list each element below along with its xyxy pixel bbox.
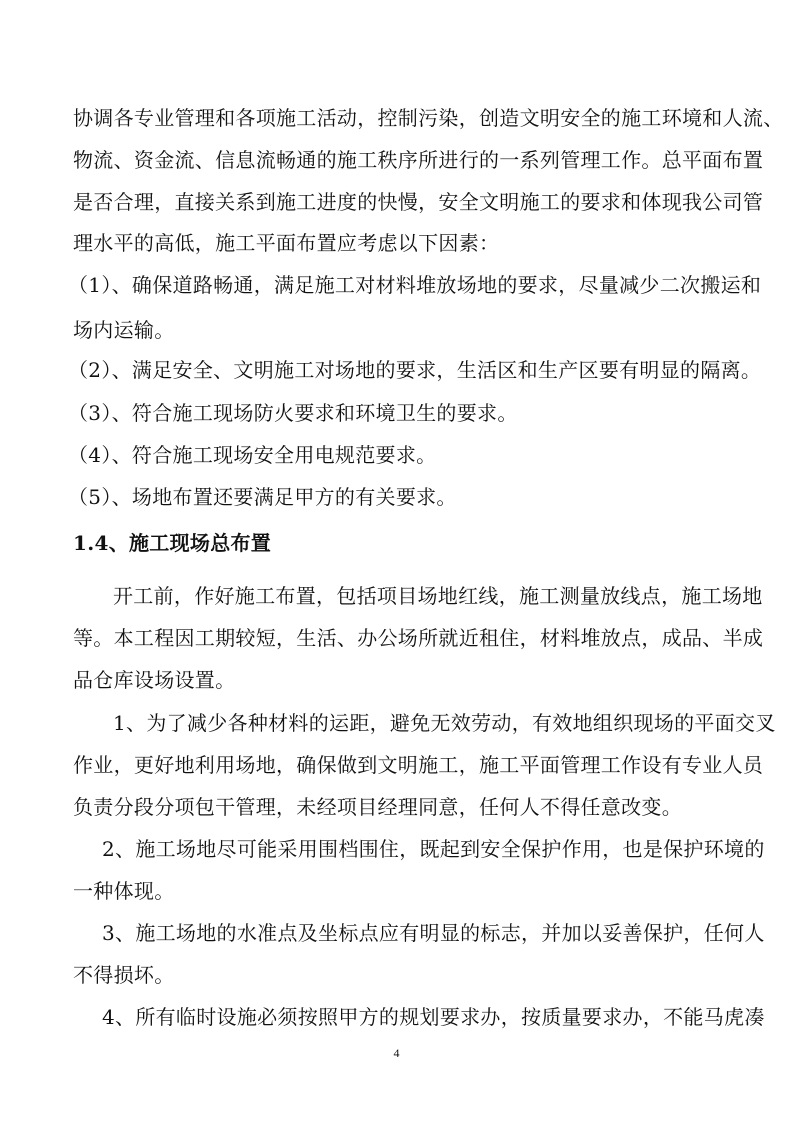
text-line: 4、所有临时设施必须按照甲方的规划要求办，按质量要求办，不能马虎凑: [102, 1002, 762, 1032]
text-line: 2、施工场地尽可能采用围档围住，既起到安全保护作用，也是保护环境的: [102, 834, 762, 864]
text-line: 开工前，作好施工布置，包括项目场地红线，施工测量放线点，施工场地: [113, 581, 773, 611]
text-line: （5）、场地布置还要满足甲方的有关要求。: [68, 482, 728, 512]
text-line: 理水平的高低，施工平面布置应考虑以下因素：: [73, 228, 733, 258]
section-heading: 1.4、施工现场总布置: [73, 528, 733, 558]
text-line: 协调各专业管理和各项施工活动，控制污染，创造文明安全的施工环境和人流、: [73, 103, 733, 133]
text-line: 品仓库设场设置。: [73, 665, 733, 695]
text-line: （3）、符合施工现场防火要求和环境卫生的要求。: [68, 398, 728, 428]
text-line: （2）、满足安全、文明施工对场地的要求，生活区和生产区要有明显的隔离。: [68, 355, 728, 385]
text-line: 是否合理，直接关系到施工进度的快慢，安全文明施工的要求和体现我公司管: [73, 187, 733, 217]
text-line: 不得损坏。: [73, 960, 733, 990]
text-line: （4）、符合施工现场安全用电规范要求。: [68, 440, 728, 470]
document-page: 协调各专业管理和各项施工活动，控制污染，创造文明安全的施工环境和人流、 物流、资…: [0, 0, 793, 1122]
text-line: 3、施工场地的水准点及坐标点应有明显的标志，并加以妥善保护，任何人: [102, 918, 762, 948]
text-line: 作业，更好地利用场地，确保做到文明施工，施工平面管理工作设有专业人员: [73, 750, 733, 780]
text-line: （1）、确保道路畅通，满足施工对材料堆放场地的要求，尽量减少二次搬运和: [68, 270, 728, 300]
text-line: 场内运输。: [73, 315, 733, 345]
text-line: 负责分段分项包干管理，未经项目经理同意，任何人不得任意改变。: [73, 792, 733, 822]
text-line: 物流、资金流、信息流畅通的施工秩序所进行的一系列管理工作。总平面布置: [73, 145, 733, 175]
text-line: 等。本工程因工期较短，生活、办公场所就近租住，材料堆放点，成品、半成: [73, 623, 733, 653]
text-line: 1、为了减少各种材料的运距，避免无效劳动，有效地组织现场的平面交叉: [113, 708, 773, 738]
text-line: 一种体现。: [73, 876, 733, 906]
page-number: 4: [0, 1044, 793, 1062]
